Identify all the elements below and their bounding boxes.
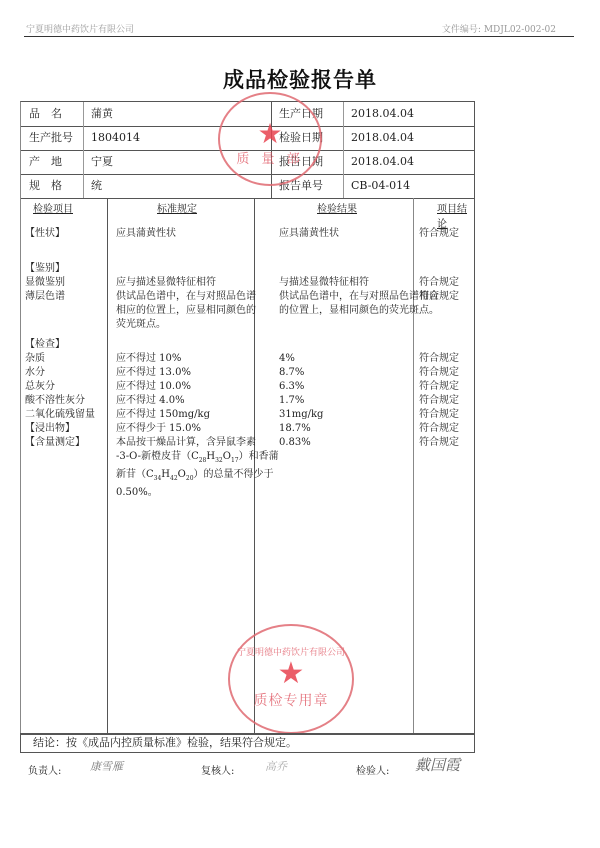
row-standard: 应不得过 10.0%: [116, 380, 191, 394]
test-date-value: 2018.04.04: [351, 126, 414, 150]
row-conclusion: 符合规定: [419, 408, 459, 422]
row-standard: 应不得少于 15.0%: [116, 422, 201, 436]
col-header-item: 检验项目: [33, 200, 73, 215]
row-result: 31mg/kg: [279, 408, 323, 422]
row-standard: 应具蒲黄性状: [116, 227, 176, 241]
row-result: 与描述显微特征相符: [279, 276, 369, 290]
spec-label: 规 格: [29, 174, 62, 198]
document-number: 文件编号: MDJL02-002-02: [442, 22, 556, 35]
stamp-center-text: 质 量 部: [236, 148, 303, 167]
row-conclusion: 符合规定: [419, 352, 459, 366]
row-conclusion: 符合规定: [419, 366, 459, 380]
row-standard: 本品按干燥品计算，含异鼠李素-3-O-新橙皮苷（C28H32O17）和香蒲新苷（…: [116, 436, 279, 500]
row-item: 【鉴别】: [25, 262, 65, 276]
row-item: 【性状】: [25, 227, 65, 241]
inspector-signature: 戴国霞: [415, 754, 460, 775]
row-standard: 应不得过 10%: [116, 352, 181, 366]
row-item: 水分: [25, 366, 45, 380]
origin-value: 宁夏: [91, 150, 113, 174]
row-conclusion: 符合规定: [419, 394, 459, 408]
row-conclusion: 符合规定: [419, 436, 459, 450]
inspector-label: 检验人:: [356, 762, 389, 777]
company-name: 宁夏明德中药饮片有限公司: [26, 22, 134, 35]
row-item: 薄层色谱: [25, 290, 65, 304]
batch-label: 生产批号: [29, 126, 73, 150]
reviewer-signature: 高乔: [265, 758, 287, 774]
prod-date-value: 2018.04.04: [351, 102, 414, 126]
col-header-result: 检验结果: [317, 200, 357, 215]
conclusion-row: 结论：按《成品内控质量标准》检验，结果符合规定。: [20, 733, 475, 753]
row-result: 4%: [279, 352, 295, 366]
report-no-value: CB-04-014: [351, 174, 410, 198]
col-header-standard: 标准规定: [157, 200, 197, 215]
seal-center-text: 质检专用章: [254, 690, 329, 710]
row-result: 供试品色谱中，在与对照品色谱相应的位置上，显相同颜色的荧光斑点。: [279, 290, 439, 318]
conclusion-text: 结论：按《成品内控质量标准》检验，结果符合规定。: [33, 736, 297, 749]
row-conclusion: 符合规定: [419, 380, 459, 394]
reviewer-label: 复核人:: [201, 762, 234, 777]
page-header: 宁夏明德中药饮片有限公司 文件编号: MDJL02-002-02: [24, 20, 574, 37]
responsible-signature: 康雪雁: [90, 758, 123, 774]
responsible-label: 负责人:: [28, 762, 61, 777]
spec-value: 统: [91, 174, 102, 198]
star-icon: ★: [278, 658, 305, 690]
product-name-value: 蒲黄: [91, 102, 113, 126]
report-date-value: 2018.04.04: [351, 150, 414, 174]
row-standard: 应不得过 150mg/kg: [116, 408, 210, 422]
row-conclusion: 符合规定: [419, 422, 459, 436]
row-item: 总灰分: [25, 380, 55, 394]
batch-value: 1804014: [91, 126, 140, 150]
row-result: 0.83%: [279, 436, 311, 450]
row-conclusion: 符合规定: [419, 290, 459, 304]
row-result: 6.3%: [279, 380, 304, 394]
row-item: 【浸出物】: [25, 422, 75, 436]
row-conclusion: 符合规定: [419, 227, 459, 241]
product-name-label: 品 名: [29, 102, 83, 126]
row-item: 显微鉴别: [25, 276, 65, 290]
row-conclusion: 符合规定: [419, 276, 459, 290]
origin-label: 产 地: [29, 150, 62, 174]
qc-seal-stamp: 宁夏明德中药饮片有限公司 ★ 质检专用章: [228, 624, 354, 734]
row-item: 【含量测定】: [25, 436, 85, 450]
row-result: 应具蒲黄性状: [279, 227, 339, 241]
row-item: 二氧化硫残留量: [25, 408, 95, 422]
row-item: 【检查】: [25, 338, 65, 352]
row-standard: 应不得过 13.0%: [116, 366, 191, 380]
row-standard: 应与描述显微特征相符: [116, 276, 216, 290]
row-result: 1.7%: [279, 394, 304, 408]
row-result: 18.7%: [279, 422, 311, 436]
page-title: 成品检验报告单: [0, 64, 600, 94]
quality-dept-stamp: ★ 质 量 部: [218, 92, 322, 186]
report-table: 品 名 蒲黄 生产日期 2018.04.04 生产批号 1804014 检验日期…: [20, 101, 475, 735]
row-item: 杂质: [25, 352, 45, 366]
row-item: 酸不溶性灰分: [25, 394, 85, 408]
row-standard: 供试品色谱中，在与对照品色谱相应的位置上，应显相同颜色的荧光斑点。: [116, 290, 256, 332]
col-header-conclusion: 项目结论: [437, 200, 474, 230]
star-icon: ★: [257, 120, 282, 148]
row-standard: 应不得过 4.0%: [116, 394, 185, 408]
row-result: 8.7%: [279, 366, 304, 380]
